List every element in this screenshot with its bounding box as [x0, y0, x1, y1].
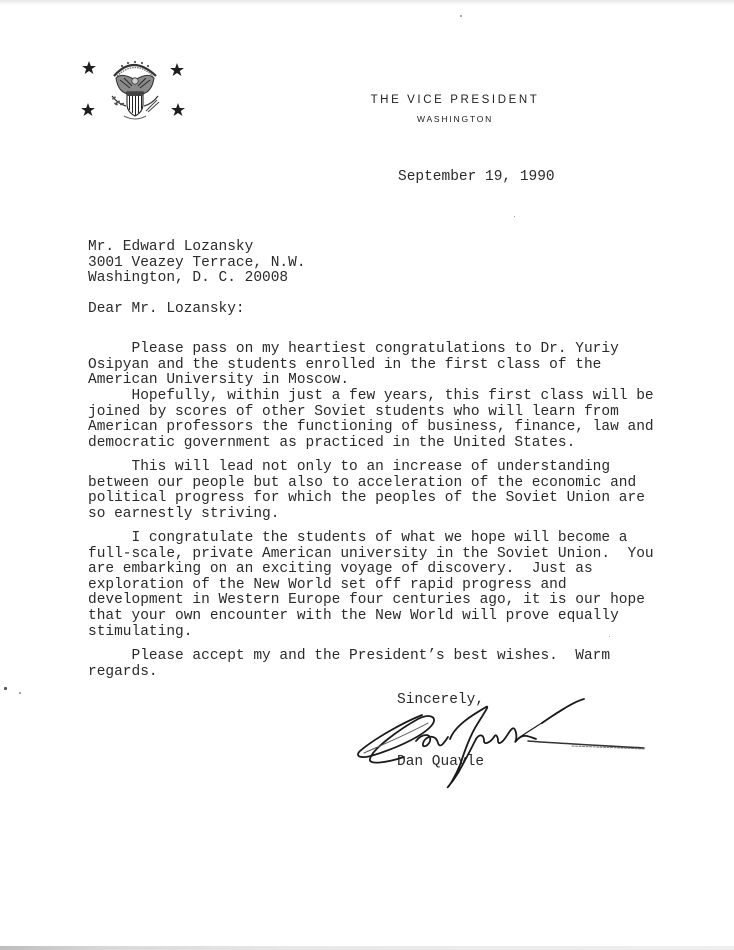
- scan-speck: [460, 15, 462, 17]
- vice-presidential-seal: [80, 54, 190, 126]
- scan-speck: [609, 636, 610, 637]
- recipient-city: Washington, D. C. 20008: [88, 271, 306, 287]
- letterhead: THE VICE PRESIDENT WASHINGTON: [340, 93, 570, 124]
- body-paragraph-5: Please accept my and the President’s bes…: [88, 649, 610, 680]
- body-paragraph-2: Hopefully, within just a few years, this…: [88, 389, 654, 451]
- handwritten-signature-icon: [352, 693, 652, 793]
- letterhead-title: THE VICE PRESIDENT: [340, 93, 570, 107]
- body-paragraph-3: This will lead not only to an increase o…: [88, 460, 645, 522]
- scan-bottom-edge: [0, 946, 734, 950]
- letter-date: September 19, 1990: [398, 170, 555, 186]
- recipient-address: Mr. Edward Lozansky3001 Veazey Terrace, …: [88, 240, 306, 287]
- body-paragraph-4: I congratulate the students of what we h…: [88, 531, 654, 640]
- scan-speck: [19, 692, 21, 694]
- scan-speck: [514, 216, 515, 217]
- salutation: Dear Mr. Lozansky:: [88, 302, 245, 318]
- signature: [352, 693, 652, 793]
- scan-speck: [4, 687, 7, 690]
- recipient-name: Mr. Edward Lozansky: [88, 240, 306, 256]
- letterhead-subtitle: WASHINGTON: [340, 114, 570, 124]
- body-paragraph-1: Please pass on my heartiest congratulati…: [88, 342, 619, 389]
- recipient-street: 3001 Veazey Terrace, N.W.: [88, 256, 306, 272]
- scan-top-edge: [0, 0, 734, 5]
- vice-presidential-seal-icon: [80, 54, 190, 126]
